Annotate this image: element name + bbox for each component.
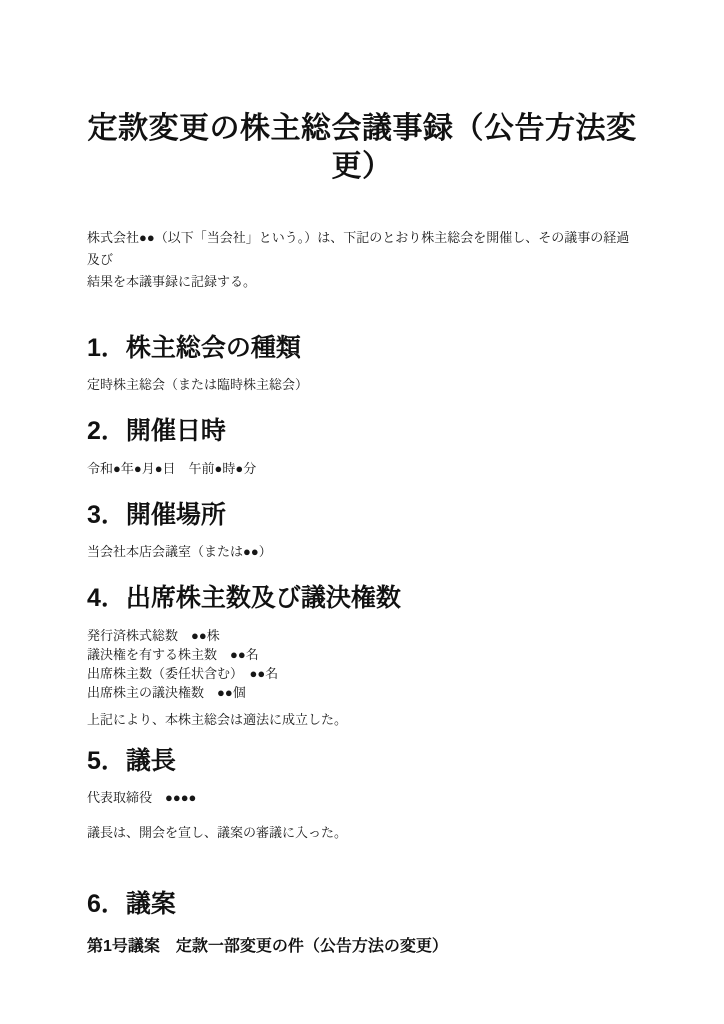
section-attendance: 4．出席株主数及び議決権数 発行済株式総数 ●●株 議決権を有する株主数 ●●名… bbox=[87, 583, 637, 731]
document-title: 定款変更の株主総会議事録（公告方法変更） bbox=[87, 110, 637, 185]
section-heading-meeting-type: 1．株主総会の種類 bbox=[87, 333, 637, 364]
meeting-type-text: 定時株主総会（または臨時株主総会） bbox=[87, 374, 637, 396]
section-date-time: 2．開催日時 令和●年●月●日 午前●時●分 bbox=[87, 416, 637, 479]
stat-total-shares: 発行済株式総数 ●●株 bbox=[87, 626, 637, 645]
date-time-text: 令和●年●月●日 午前●時●分 bbox=[87, 458, 637, 480]
venue-text: 当会社本店会議室（または●●） bbox=[87, 541, 637, 563]
section-meeting-type: 1．株主総会の種類 定時株主総会（または臨時株主総会） bbox=[87, 333, 637, 396]
document-page: 定款変更の株主総会議事録（公告方法変更） 株式会社●●（以下「当会社」という。）… bbox=[0, 0, 724, 1024]
section-heading-attendance: 4．出席株主数及び議決権数 bbox=[87, 583, 637, 614]
attendance-stats: 発行済株式総数 ●●株 議決権を有する株主数 ●●名 出席株主数（委任状含む） … bbox=[87, 626, 637, 702]
chairperson-opening-note: 議長は、開会を宣し、議案の審議に入った。 bbox=[87, 822, 637, 844]
intro-line-1: 株式会社●●（以下「当会社」という。）は、下記のとおり株主総会を開催し、その議事… bbox=[87, 227, 637, 271]
stat-voting-shareholders: 議決権を有する株主数 ●●名 bbox=[87, 645, 637, 664]
stat-attending-voting-rights: 出席株主の議決権数 ●●個 bbox=[87, 683, 637, 702]
attendance-validity-note: 上記により、本株主総会は適法に成立した。 bbox=[87, 709, 637, 731]
intro-line-2: 結果を本議事録に記録する。 bbox=[87, 271, 637, 293]
section-chairperson: 5．議長 代表取締役 ●●●● 議長は、開会を宣し、議案の審議に入った。 bbox=[87, 746, 637, 844]
section-heading-agenda: 6．議案 bbox=[87, 889, 637, 920]
intro-paragraph: 株式会社●●（以下「当会社」という。）は、下記のとおり株主総会を開催し、その議事… bbox=[87, 227, 637, 293]
section-agenda: 6．議案 第1号議案 定款一部変更の件（公告方法の変更） bbox=[87, 889, 637, 958]
section-venue: 3．開催場所 当会社本店会議室（または●●） bbox=[87, 500, 637, 563]
chairperson-text: 代表取締役 ●●●● bbox=[87, 787, 637, 809]
stat-attending-shareholders: 出席株主数（委任状含む） ●●名 bbox=[87, 664, 637, 683]
section-heading-chairperson: 5．議長 bbox=[87, 746, 637, 777]
section-heading-date-time: 2．開催日時 bbox=[87, 416, 637, 447]
proposal-no1-title: 第1号議案 定款一部変更の件（公告方法の変更） bbox=[87, 935, 637, 959]
section-heading-venue: 3．開催場所 bbox=[87, 500, 637, 531]
